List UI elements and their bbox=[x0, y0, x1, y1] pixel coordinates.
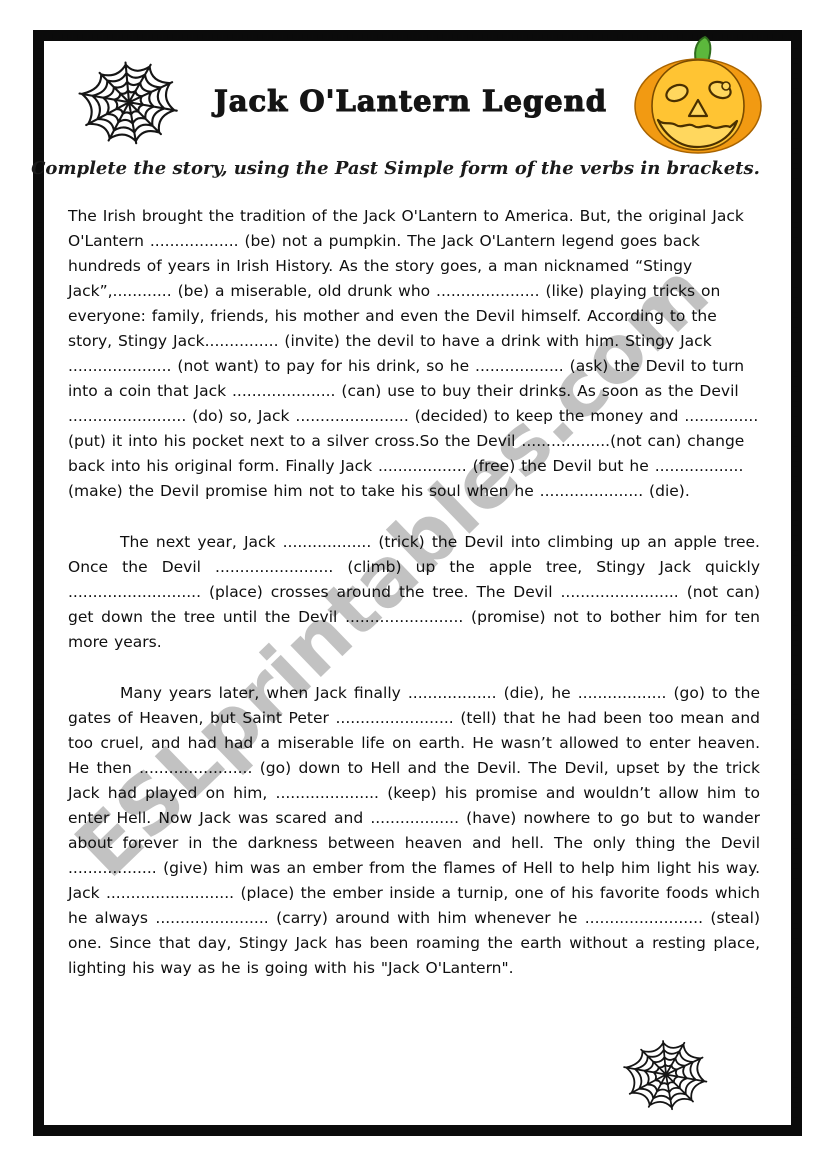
story-paragraph: The next year, Jack .................. (… bbox=[68, 530, 760, 655]
pumpkin-icon bbox=[618, 36, 778, 156]
instruction-text: Complete the story, using the Past Simpl… bbox=[0, 158, 791, 179]
story-paragraph: Many years later, when Jack finally ....… bbox=[68, 681, 760, 981]
story-paragraph: The Irish brought the tradition of the J… bbox=[68, 204, 760, 504]
worksheet-page: Jack O'Lantern Legend Complete the story… bbox=[0, 0, 821, 1169]
story-text: The Irish brought the tradition of the J… bbox=[68, 204, 760, 1007]
spiderweb-icon bbox=[612, 1032, 720, 1120]
